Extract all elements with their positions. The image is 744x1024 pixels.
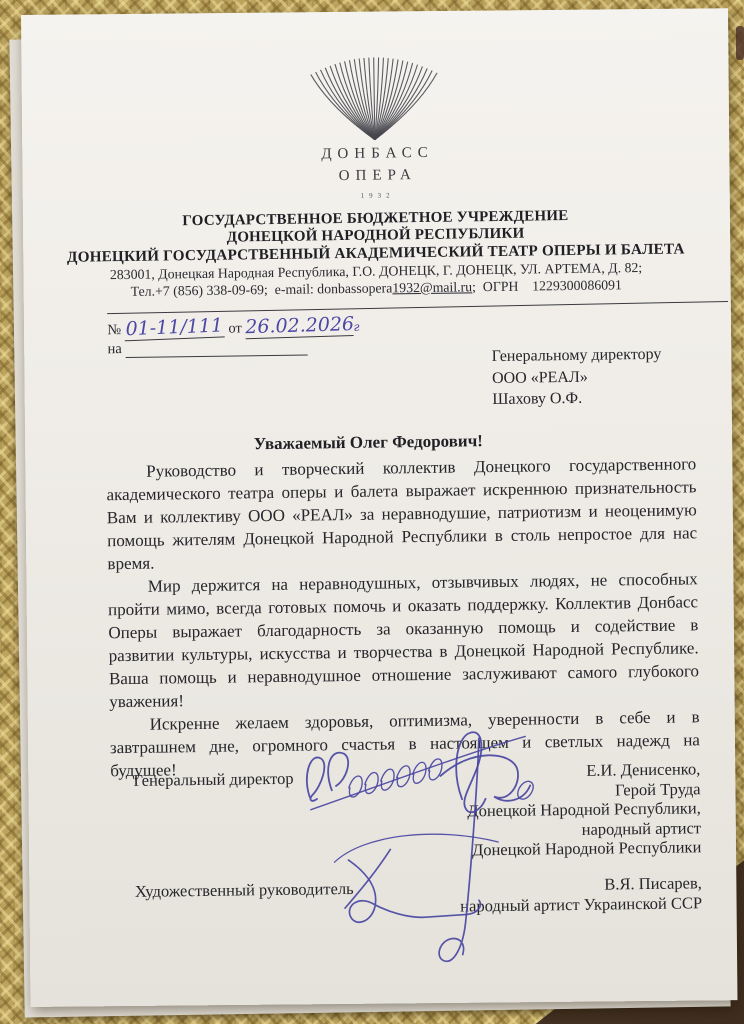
wicker-placemat-background: ДОНБАСС ОПЕРА 1932 ГОСУДАРСТВЕННОЕ БЮДЖЕ… bbox=[0, 0, 744, 1024]
contacts-prefix: Тел.+7 (856) 338-09-69; e-mail: donbasso… bbox=[131, 280, 393, 299]
na-label: на bbox=[107, 341, 121, 357]
signatory-name-pisarev: В.Я. Писарев, народный артист Украинской… bbox=[460, 873, 702, 916]
contacts-suffix: ; ОГРН 1229300086091 bbox=[472, 277, 622, 294]
denisenko-line3: Донецкой Народной Республики, bbox=[467, 798, 701, 821]
handwritten-date: 26.02.2026 bbox=[245, 313, 354, 338]
handwritten-ref-number: 01-11/111 bbox=[126, 314, 224, 340]
recipient-line-person: Шахову О.Ф. bbox=[492, 387, 662, 411]
recipient-line-position: Генеральному директору bbox=[492, 344, 662, 368]
letter-body: Руководство и творческий коллектив Донец… bbox=[106, 452, 700, 782]
number-label: № bbox=[107, 322, 121, 338]
denisenko-line5: Донецкой Народной Республики bbox=[468, 837, 702, 860]
signatory-name-denisenko: Е.И. Денисенко, Герой Труда Донецкой Нар… bbox=[467, 759, 702, 860]
pisarev-line2: народный артист Украинской ССР bbox=[460, 893, 702, 916]
reference-row: № 01-11/111 от 26.02.2026г bbox=[107, 314, 359, 340]
letter-content: ДОНБАСС ОПЕРА 1932 ГОСУДАРСТВЕННОЕ БЮДЖЕ… bbox=[19, 7, 739, 1008]
signatory-title-artistic-director: Художественный руководитель bbox=[135, 879, 354, 902]
recipient-block: Генеральному директору ООО «РЕАЛ» Шахову… bbox=[492, 344, 662, 411]
na-blank-line bbox=[125, 339, 307, 358]
letter-document: ДОНБАСС ОПЕРА 1932 ГОСУДАРСТВЕННОЕ БЮДЖЕ… bbox=[21, 8, 737, 1007]
header-divider bbox=[107, 301, 728, 314]
logo-word-opera: ОПЕРА bbox=[21, 163, 728, 189]
signatory-title-general-director: Генеральный директор bbox=[133, 769, 293, 791]
email-link[interactable]: 1932@mail.ru bbox=[392, 279, 472, 295]
paragraph-2: Мир держится на неравнодушных, отзывчивы… bbox=[108, 567, 700, 713]
na-row: на bbox=[107, 339, 307, 359]
denisenko-line1: Е.И. Денисенко, bbox=[467, 759, 701, 782]
logo-year: 1932 bbox=[22, 187, 729, 205]
donbass-opera-fan-logo-icon bbox=[20, 49, 728, 151]
paragraph-1: Руководство и творческий коллектив Донец… bbox=[106, 452, 697, 575]
from-label: от bbox=[228, 320, 242, 336]
wood-table-edge bbox=[736, 26, 744, 60]
recipient-line-company: ООО «РЕАЛ» bbox=[492, 365, 662, 389]
